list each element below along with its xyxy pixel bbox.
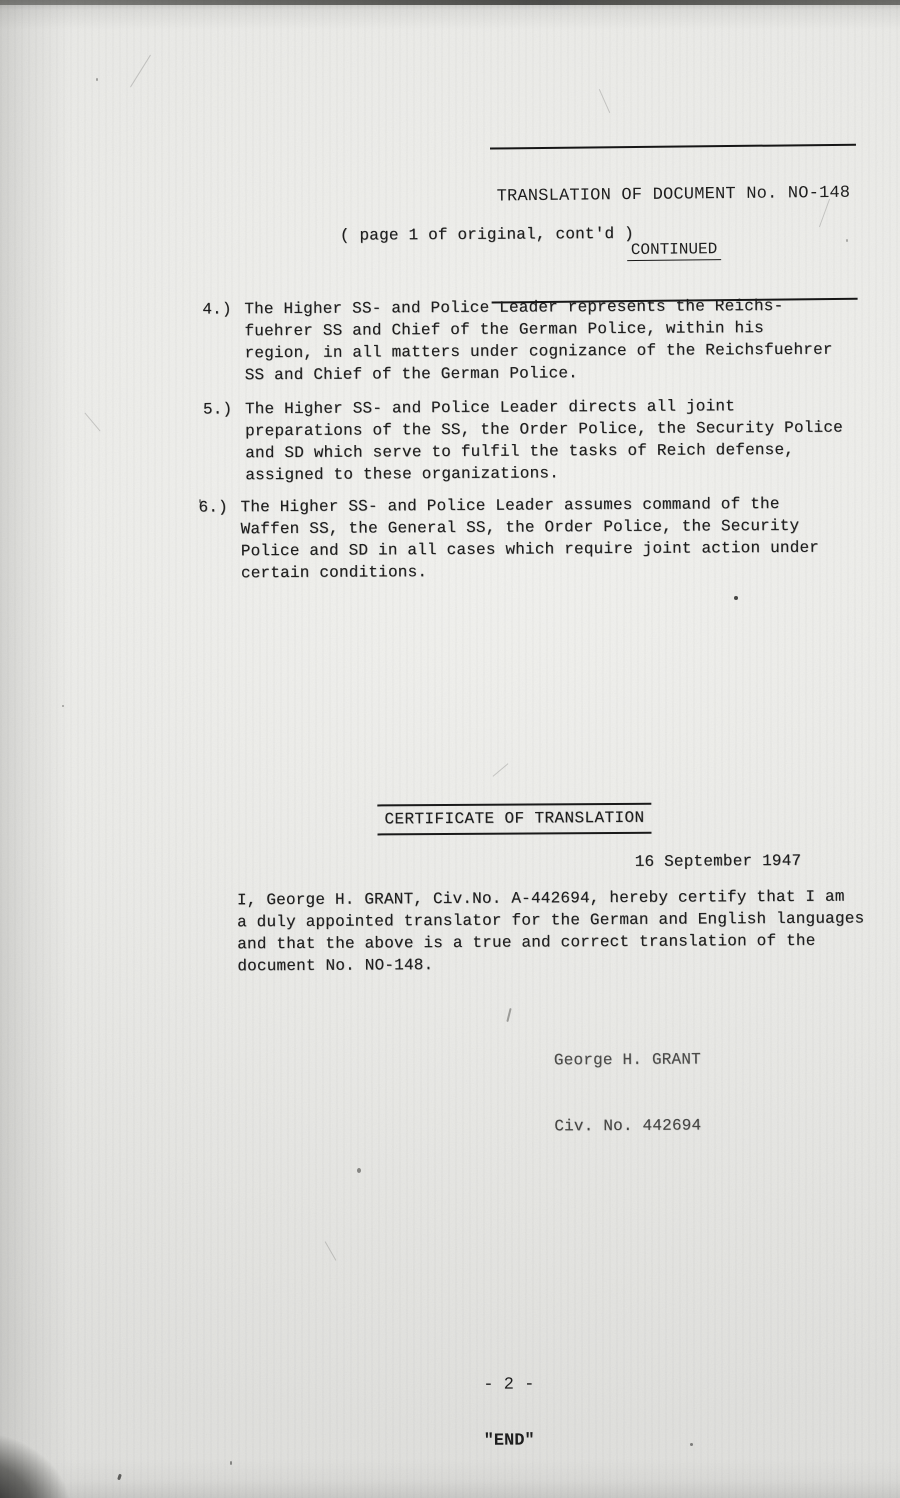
paragraph-4-number: 4.) xyxy=(202,298,245,386)
page-subtitle: ( page 1 of original, cont'd ) xyxy=(340,223,634,247)
paragraph-4: 4.) The Higher SS- and Police Leader rep… xyxy=(202,295,833,387)
speckle xyxy=(62,705,64,707)
typed-content: TRANSLATION OF DOCUMENT No. NO-148 CONTI… xyxy=(0,0,900,1498)
certificate-heading: CERTIFICATE OF TRANSLATION xyxy=(377,803,651,836)
paragraph-6-number: 6.) xyxy=(198,496,241,584)
paragraph-6-text: The Higher SS- and Police Leader assumes… xyxy=(240,493,819,585)
speckle xyxy=(357,1168,361,1173)
header-continued: CONTINUED xyxy=(627,241,722,261)
certificate-date: 16 September 1947 xyxy=(635,850,802,873)
speckle xyxy=(96,78,98,81)
paragraph-5-number: 5.) xyxy=(203,398,246,486)
paragraph-5-text: The Higher SS- and Police Leader directs… xyxy=(245,395,843,487)
speckle xyxy=(734,596,738,600)
paragraph-6: 6.) The Higher SS- and Police Leader ass… xyxy=(198,493,819,585)
speckle xyxy=(230,1461,232,1465)
speckle xyxy=(199,499,201,503)
signature-civ-no: Civ. No. 442694 xyxy=(554,1114,701,1137)
end-mark: "END" xyxy=(434,1431,584,1452)
speckle xyxy=(690,1443,693,1446)
certificate-body: I, George H. GRANT, Civ.No. A-442694, he… xyxy=(237,885,865,977)
paragraph-4-text: The Higher SS- and Police Leader represe… xyxy=(244,295,833,387)
speckle xyxy=(846,239,848,242)
page-footer: - 2 - "END" xyxy=(434,1339,585,1488)
page-number: - 2 - xyxy=(434,1375,584,1396)
header-title: TRANSLATION OF DOCUMENT No. NO-148 xyxy=(490,184,856,207)
signature-block: George H. GRANT Civ. No. 442694 xyxy=(554,1004,702,1181)
signature-name: George H. GRANT xyxy=(554,1048,701,1071)
paragraph-5: 5.) The Higher SS- and Police Leader dir… xyxy=(203,395,843,487)
document-page: TRANSLATION OF DOCUMENT No. NO-148 CONTI… xyxy=(0,0,900,1498)
